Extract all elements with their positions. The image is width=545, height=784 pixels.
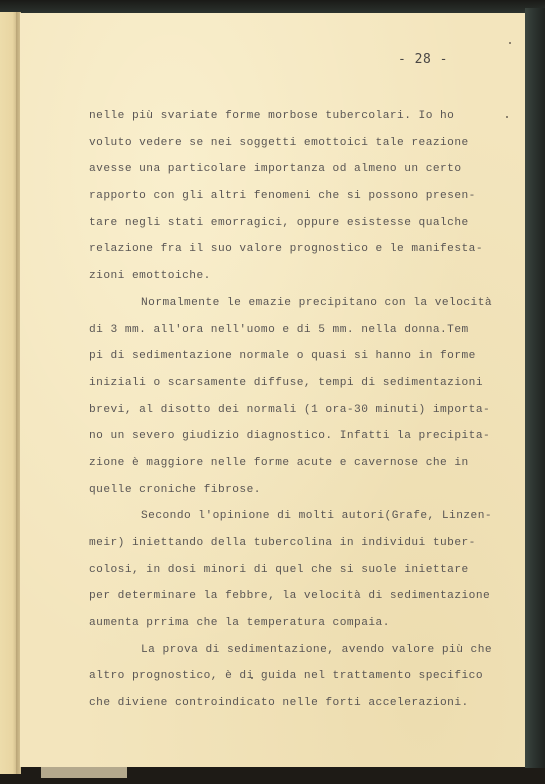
text-line: nelle più svariate forme morbose tuberco… [89,103,509,130]
book-cover-edge [525,8,545,768]
scanned-page-view: - 28 - nelle più svariate forme morbose … [0,0,545,784]
text-line: pi di sedimentazione normale o quasi si … [89,343,509,370]
text-line: relazione fra il suo valore prognostico … [89,236,509,263]
text-line: iniziali o scarsamente diffuse, tempi di… [89,370,509,397]
binding-top-edge [0,0,545,14]
text-line: rapporto con gli altri fenomeni che si p… [89,183,509,210]
text-line: brevi, al disotto dei normali (1 ora-30 … [89,397,509,424]
paper-speck [509,42,511,44]
text-line: per determinare la febbre, la velocità d… [89,583,509,610]
text-line: altro prognostico, è di guida nel tratta… [89,663,509,690]
text-line: quelle croniche fibrose. [89,477,509,504]
text-line: tare negli stati emorragici, oppure esis… [89,210,509,237]
page-number: - 28 - [398,52,448,67]
text-line: zione è maggiore nelle forme acute e cav… [89,450,509,477]
typewritten-body: nelle più svariate forme morbose tuberco… [89,103,509,717]
text-line: zioni emottoiche. [89,263,509,290]
text-line: Normalmente le emazie precipitano con la… [89,290,509,317]
text-line: colosi, in dosi minori di quel che si su… [89,557,509,584]
text-line: di 3 mm. all'ora nell'uomo e di 5 mm. ne… [89,317,509,344]
text-line: Secondo l'opinione di molti autori(Grafe… [89,503,509,530]
text-line: La prova di sedimentazione, avendo valor… [89,637,509,664]
paper-tab-scrap [41,767,127,778]
text-line: aumenta prrima che la temperatura compai… [89,610,509,637]
text-line: voluto vedere se nei soggetti emottoici … [89,130,509,157]
text-line: meir) iniettando della tubercolina in in… [89,530,509,557]
text-line: avesse una particolare importanza od alm… [89,156,509,183]
text-line: no un severo giudizio diagnostico. Infat… [89,423,509,450]
text-line: che diviene controindicato nelle forti a… [89,690,509,717]
